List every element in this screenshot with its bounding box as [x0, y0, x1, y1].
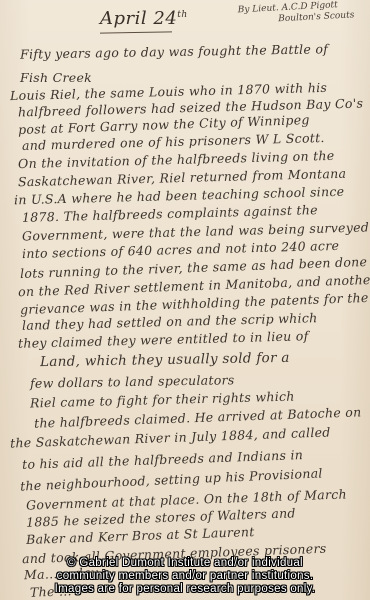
watermark-line: community members and/or partner institu… [0, 570, 370, 583]
text-line: Land, which they usually sold for a [40, 350, 290, 370]
letter-body: Fifty years ago to day was fought the Ba… [0, 0, 370, 600]
watermark-line: Images are for personal research purpose… [0, 583, 370, 596]
text-line: Fish Creek [20, 70, 92, 85]
text-line: few dollars to land speculators [30, 372, 235, 391]
text-line: Fifty years ago to day was fought the Ba… [20, 41, 328, 61]
copyright-watermark: © Gabriel Dumont Institute and/or indivi… [0, 557, 370, 596]
letter-page: By Lieut. A.C.D Pigott Boulton's Scouts … [0, 0, 370, 600]
watermark-line: © Gabriel Dumont Institute and/or indivi… [0, 557, 370, 570]
